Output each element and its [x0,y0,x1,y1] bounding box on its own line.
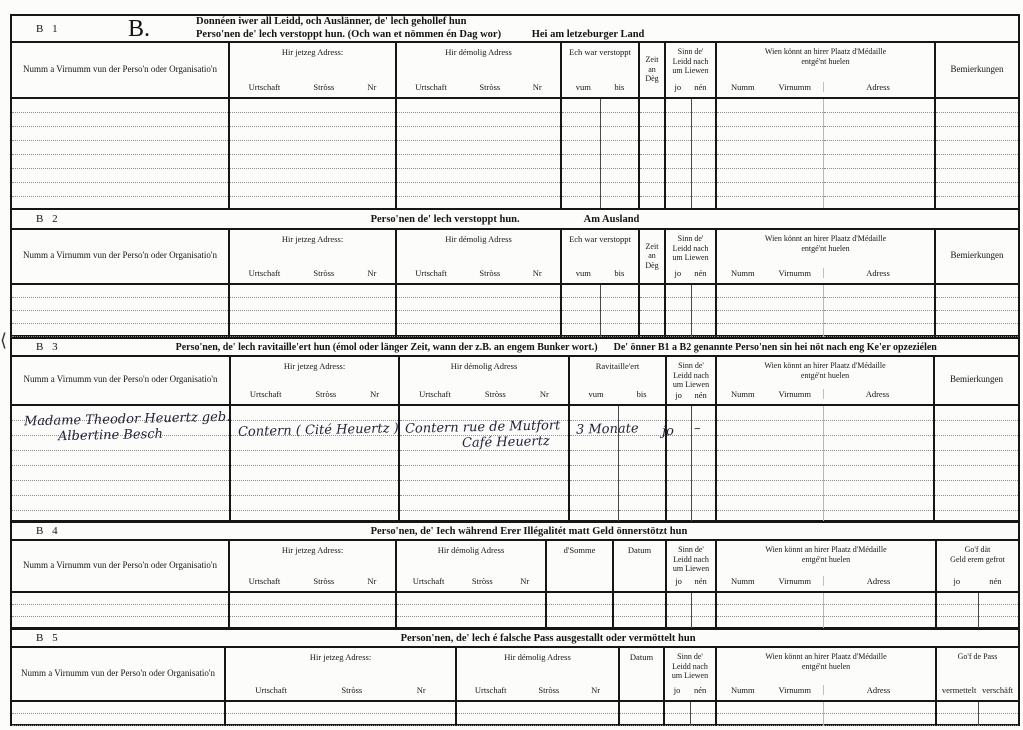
wien-label: Wien könnt an hirer Plaatz d'Médaille [765,545,886,555]
b1-cells-vum [562,99,600,211]
name-col-label: Numm a Virnumm vun der Perso'n oder Orga… [21,668,215,679]
b1-cells-jetzeg [230,99,397,211]
b4-body [12,593,1018,629]
b2-cells-nen [691,285,716,337]
numm-label: Numm [731,576,755,586]
b3-col-jetzeg: Hir jetzeg Adress: Urtschaft Stròss Nr [231,357,400,404]
wien-label: entgé'nt huelen [764,371,885,381]
handwritten-alive-nen: – [694,421,701,436]
b1-col-name: Numm a Virnumm vun der Perso'n oder Orga… [12,43,230,97]
section-b5: B 5 Person'nen, de' lech é falsche Pass … [10,628,1020,726]
b5-cells-sinn [665,702,717,726]
b2-col-verstoppt: Ech war verstoppt vum bis [562,230,640,283]
b3-col-name: Numm a Virnumm vun der Perso'n oder Orga… [12,357,231,404]
nr-label: Nr [540,389,549,399]
virnumm-label: Virnumm [778,389,811,399]
demolig-label: Hir démolig Adress [451,361,518,372]
jetzeg-label: Hir jetzeg Adress: [282,545,343,556]
nr-label: Nr [367,82,376,92]
b4-col-dsomme: d'Somme [547,541,614,591]
handwritten-demolig-line2: Café Heuertz [462,434,550,451]
sinn-label: Leidd nach [673,555,709,565]
sinn-label: Leidd nach [673,371,709,381]
nr-label: Nr [367,268,376,278]
b4-cells-gof-jo [937,593,978,629]
b4-cells-wien [717,593,937,629]
section-b2-title: Perso'nen de' lech verstoppt hun. [371,214,520,225]
zeit-label: Dèg [645,74,658,84]
virnumm-label: Virnumm [778,576,811,586]
verschaft-label: verschäft [982,685,1013,695]
b2-cells-vum [562,285,600,337]
sinn-label: um Liewen [673,380,709,390]
jo-label: jo [675,82,682,92]
b4-cells-jo [667,593,691,629]
wien-label: Wien könnt an hirer Plaatz d'Médaille [765,47,886,57]
b2-cells-sinn [666,285,717,337]
virnumm-label: Virnumm [778,268,811,278]
form-title-suffix: Hei am letzeburger Land [532,29,645,40]
form-title-line1: Donnéen iwer all Leidd, och Auslänner, d… [196,16,644,28]
zeit-label: Zeit [645,55,658,65]
nen-label: nén [989,576,1001,586]
section-b2-id: B 2 [36,213,61,225]
numm-label: Numm [731,389,755,399]
stross-label: Stròss [341,685,362,695]
bemierkungen-label: Bemierkungen [951,250,1004,261]
b5-col-jetzeg: Hir jetzeg Adress: Urtschaft Stròss Nr [226,648,457,700]
bemierkungen-label: Bemierkungen [950,374,1003,385]
section-b1: B 1 B. Donnéen iwer all Leidd, och Auslä… [10,14,1020,210]
b4-col-sinn: Sinn de' Leidd nach um Liewen jo nén [667,541,717,591]
gof-pass-label: Go'f de Pass [958,652,998,662]
b5-cells-jetzeg [226,702,457,726]
b2-cells-zeit [640,285,666,337]
b2-col-wien: Wien könnt an hirer Plaatz d'Médaille en… [717,230,936,283]
b2-cells-demolig [397,285,562,337]
b2-cells-name [12,285,230,337]
b3-col-demolig: Hir démolig Adress Urtschaft Stròss Nr [400,357,570,404]
b5-cells-adress [823,702,935,726]
sinn-label: um Liewen [672,671,708,681]
jetzeg-label: Hir jetzeg Adress: [284,361,345,372]
wien-label: Wien könnt an hirer Plaatz d'Médaille [764,361,885,371]
section-b1-titleband: B 1 B. Donnéen iwer all Leidd, och Auslä… [12,16,1018,43]
stross-label: Stròss [485,389,506,399]
urtschaft-label: Urtschaft [250,389,282,399]
section-b4-titleband: B 4 Perso'nen, de' Iech während Erer Ill… [12,523,1018,541]
datum-label: Datum [628,545,651,556]
b5-cells-gof-pass [937,702,1018,726]
b1-col-bemierkungen: Bemierkungen [936,43,1018,97]
b1-cells-adress [823,99,934,211]
b4-cells-dsomme [547,593,614,629]
b4-col-jetzeg: Hir jetzeg Adress: Urtschaft Stròss Nr [230,541,397,591]
urtschaft-label: Urtschaft [413,576,445,586]
b4-col-datum: Datum [614,541,667,591]
section-b3-id: B 3 [36,341,61,353]
stross-label: Stròss [313,268,334,278]
numm-label: Numm [731,268,755,278]
b2-col-demolig: Hir démolig Adress Urtschaft Stròss Nr [397,230,562,283]
virnumm-label: Virnumm [778,685,811,695]
nen-label: nén [694,390,706,400]
urtschaft-label: Urtschaft [419,389,451,399]
b2-header-row: Numm a Virnumm vun der Perso'n oder Orga… [12,230,1018,285]
form-letter: B. [128,19,150,39]
b3-col-sinn: Sinn de' Leidd nach um Liewen jo nén [667,357,717,404]
b1-cells-verstoppt [562,99,640,211]
verstoppt-label: Ech war verstoppt [569,234,631,245]
zeit-label: an [645,251,658,261]
b5-cells-vermettelt [937,702,978,726]
b5-cells-nen [690,702,715,726]
zeit-label: Zeit [645,242,658,252]
stross-label: Stròss [479,82,500,92]
b4-cells-adress [823,593,935,629]
b2-col-bemierkungen: Bemierkungen [936,230,1018,283]
section-b4-id: B 4 [36,525,61,537]
jo-label: jo [675,390,682,400]
nr-label: Nr [370,389,379,399]
jetzeg-label: Hir jetzeg Adress: [310,652,371,663]
b4-cells-datum [614,593,667,629]
jo-label: jo [954,576,961,586]
nen-label: nén [694,576,706,586]
name-col-label: Numm a Virnumm vun der Perso'n oder Orga… [23,560,217,571]
stross-label: Stròss [538,685,559,695]
section-b3: B 3 Perso'nen, de' lech ravitaille'ert h… [10,337,1020,522]
sinn-label: um Liewen [673,564,709,574]
gof-geld-label: Go'f dät [950,545,1005,555]
b3-col-bemierkungen: Bemierkungen [935,357,1018,404]
urtschaft-label: Urtschaft [255,685,287,695]
b1-body [12,99,1018,211]
section-b3-title2: De' önner B1 a B2 genannte Perso'nen sin… [614,342,937,353]
nr-label: Nr [367,576,376,586]
name-col-label: Numm a Virnumm vun der Perso'n oder Orga… [23,64,217,75]
wien-label: entgé'nt huelen [765,244,886,254]
b2-cells-numm-virnumm [717,285,823,337]
b3-cells-numm-virnumm [717,406,823,526]
bis-label: bis [614,268,624,278]
adress-label: Adress [823,268,932,278]
virnumm-label: Virnumm [778,82,811,92]
nr-label: Nr [520,576,529,586]
wien-label: Wien könnt an hirer Plaatz d'Médaille [765,652,886,662]
b4-cells-name [12,593,230,629]
b1-cells-nen [691,99,716,211]
wien-label: entgé'nt huelen [765,57,886,67]
b3-col-wien: Wien könnt an hirer Plaatz d'Médaille en… [717,357,935,404]
name-col-label: Numm a Virnumm vun der Perso'n oder Orga… [23,250,217,261]
b1-cells-wien [717,99,936,211]
handwritten-name-line2: Albertine Besch [58,427,163,444]
datum-label: Datum [630,652,653,663]
b5-header-row: Numm a Virnumm vun der Perso'n oder Orga… [12,648,1018,702]
section-b5-id: B 5 [36,632,61,644]
b2-col-name: Numm a Virnumm vun der Perso'n oder Orga… [12,230,230,283]
scanned-form-page: ⟨ B 1 B. Donnéen iwer all Leidd, och Aus… [0,0,1023,730]
b2-body [12,285,1018,337]
sinn-label: Sinn de' [673,361,709,371]
dsomme-label: d'Somme [564,545,596,556]
section-b1-id: B 1 [36,23,106,35]
b5-cells-demolig [457,702,620,726]
b2-cells-wien [717,285,936,337]
b5-col-name: Numm a Virnumm vun der Perso'n oder Orga… [12,648,226,700]
b2-col-sinn: Sinn de' Leidd nach um Liewen jo nén [666,230,717,283]
b5-body [12,702,1018,726]
b1-col-sinn: Sinn de' Leidd nach um Liewen jo nén [666,43,717,97]
stross-label: Stròss [313,576,334,586]
b1-col-wien: Wien könnt an hirer Plaatz d'Médaille en… [717,43,936,97]
stross-label: Stròss [472,576,493,586]
jetzeg-label: Hir jetzeg Adress: [282,234,343,245]
vum-label: vum [576,268,591,278]
b1-col-jetzeg: Hir jetzeg Adress: Urtschaft Stròss Nr [230,43,397,97]
b5-cells-wien [717,702,937,726]
form-title: Donnéen iwer all Leidd, och Auslänner, d… [196,16,644,40]
b1-col-zeit: Zeit an Dèg [640,43,666,97]
zeit-label: Dèg [645,261,658,271]
b1-cells-numm-virnumm [717,99,823,211]
nen-label: nén [694,268,706,278]
b4-cells-jetzeg [230,593,397,629]
b5-cells-jo [665,702,690,726]
jo-label: jo [674,685,681,695]
b2-cells-jo [666,285,691,337]
vermettelt-label: vermettelt [942,685,976,695]
b4-col-wien: Wien könnt an hirer Plaatz d'Médaille en… [717,541,937,591]
b5-cells-numm-virnumm [717,702,823,726]
urtschaft-label: Urtschaft [415,82,447,92]
urtschaft-label: Urtschaft [249,268,281,278]
wien-label: Wien könnt an hirer Plaatz d'Médaille [765,234,886,244]
adress-label: Adress [823,685,933,695]
handwritten-duration: 3 Monate [576,421,639,437]
b4-header-row: Numm a Virnumm vun der Perso'n oder Orga… [12,541,1018,593]
nr-label: Nr [533,82,542,92]
stross-label: Stròss [479,268,500,278]
b1-col-demolig: Hir démolig Adress Urtschaft Stròss Nr [397,43,562,97]
b1-cells-jo [666,99,691,211]
b5-col-wien: Wien könnt an hirer Plaatz d'Médaille en… [717,648,937,700]
sinn-label: Sinn de' [672,234,708,244]
nen-label: nén [694,685,706,695]
sinn-label: Sinn de' [672,47,708,57]
b5-col-demolig: Hir démolig Adress Urtschaft Stròss Nr [457,648,620,700]
b4-col-gof: Go'f dät Geld erem gefrot jo nén [937,541,1018,591]
wien-label: entgé'nt huelen [765,662,886,672]
b1-cells-zeit [640,99,666,211]
b4-cells-demolig [397,593,547,629]
verstoppt-label: Ech war verstoppt [569,47,631,58]
section-b4-title: Perso'nen, de' Iech während Erer Illégal… [371,526,688,537]
jo-label: jo [675,576,682,586]
b5-col-datum: Datum [620,648,665,700]
stross-label: Stròss [313,82,334,92]
demolig-label: Hir démolig Adress [438,545,505,556]
sinn-label: um Liewen [672,66,708,76]
b3-cells-wien [717,406,935,526]
b1-cells-bemierkungen [936,99,1018,211]
sinn-label: um Liewen [672,253,708,263]
stross-label: Stròss [315,389,336,399]
section-b3-title: Perso'nen, de' lech ravitaille'ert hun (… [176,342,598,353]
b1-cells-sinn [666,99,717,211]
demolig-label: Hir démolig Adress [504,652,571,663]
jetzeg-label: Hir jetzeg Adress: [282,47,343,58]
b2-cells-bemierkungen [936,285,1018,337]
jo-label: jo [675,268,682,278]
b1-cells-bis [600,99,638,211]
ravitailleert-label: Ravitaille'ert [596,361,640,372]
sinn-label: Leidd nach [672,662,708,672]
handwritten-alive-jo: jo [662,424,674,439]
b2-cells-bis [600,285,638,337]
nen-label: nén [694,82,706,92]
b3-col-ravitailleert: Ravitaille'ert vum bis [570,357,667,404]
b5-cells-name [12,702,226,726]
b5-cells-verschaft [978,702,1019,726]
margin-mark: ⟨ [0,330,7,351]
section-b4: B 4 Perso'nen, de' Iech während Erer Ill… [10,521,1020,629]
section-b5-title: Person'nen, de' lech é falsche Pass ausg… [401,633,696,644]
form-title-line2: Perso'nen de' lech verstoppt hun. (Och w… [196,29,501,40]
vum-label: vum [576,82,591,92]
section-b2: B 2 Perso'nen de' lech verstoppt hun. Am… [10,208,1020,337]
urtschaft-label: Urtschaft [249,576,281,586]
b1-cells-name [12,99,230,211]
b4-cells-gof-nen [978,593,1019,629]
b1-col-verstoppt: Ech war verstoppt vum bis [562,43,640,97]
b5-cells-datum [620,702,665,726]
b2-cells-jetzeg [230,285,397,337]
name-col-label: Numm a Virnumm vun der Perso'n oder Orga… [23,374,217,385]
section-b2-titleband: B 2 Perso'nen de' lech verstoppt hun. Am… [12,210,1018,230]
section-b5-titleband: B 5 Person'nen, de' lech é falsche Pass … [12,630,1018,648]
sinn-label: Leidd nach [672,57,708,67]
vum-label: vum [588,389,603,399]
b1-cells-demolig [397,99,562,211]
b2-cells-adress [823,285,934,337]
wien-label: entgé'nt huelen [765,555,886,565]
bis-label: bis [614,82,624,92]
b2-col-zeit: Zeit an Dèg [640,230,666,283]
nr-label: Nr [591,685,600,695]
adress-label: Adress [823,389,931,399]
b4-cells-gof [937,593,1018,629]
sinn-label: Sinn de' [672,652,708,662]
urtschaft-label: Urtschaft [415,268,447,278]
b4-col-demolig: Hir démolig Adress Urtschaft Stròss Nr [397,541,547,591]
section-b2-subtitle: Am Ausland [584,214,640,225]
b4-cells-nen [691,593,715,629]
b2-cells-verstoppt [562,285,640,337]
adress-label: Adress [823,576,933,586]
adress-label: Adress [823,82,932,92]
gof-geld-label: Geld erem gefrot [950,555,1005,565]
bemierkungen-label: Bemierkungen [951,64,1004,75]
b4-cells-numm-virnumm [717,593,823,629]
bis-label: bis [637,389,647,399]
b1-header-row: Numm a Virnumm vun der Perso'n oder Orga… [12,43,1018,99]
b3-cells-adress [823,406,933,526]
urtschaft-label: Urtschaft [249,82,281,92]
b5-col-sinn: Sinn de' Leidd nach um Liewen jo nén [665,648,717,700]
b4-cells-sinn [667,593,717,629]
nr-label: Nr [533,268,542,278]
sinn-label: Leidd nach [672,244,708,254]
sinn-label: Sinn de' [673,545,709,555]
b3-cells-bemierkungen [935,406,1018,526]
b3-cells-sinn [667,406,717,526]
demolig-label: Hir démolig Adress [445,47,512,58]
urtschaft-label: Urtschaft [475,685,507,695]
b5-col-gof-pass: Go'f de Pass vermettelt verschäft [937,648,1018,700]
nr-label: Nr [417,685,426,695]
zeit-label: an [645,65,658,75]
b2-col-jetzeg: Hir jetzeg Adress: Urtschaft Stròss Nr [230,230,397,283]
b4-col-name: Numm a Virnumm vun der Perso'n oder Orga… [12,541,230,591]
b3-header-row: Numm a Virnumm vun der Perso'n oder Orga… [12,357,1018,406]
numm-label: Numm [731,82,755,92]
section-b3-titleband: B 3 Perso'nen, de' lech ravitaille'ert h… [12,339,1018,357]
numm-label: Numm [731,685,755,695]
demolig-label: Hir démolig Adress [445,234,512,245]
